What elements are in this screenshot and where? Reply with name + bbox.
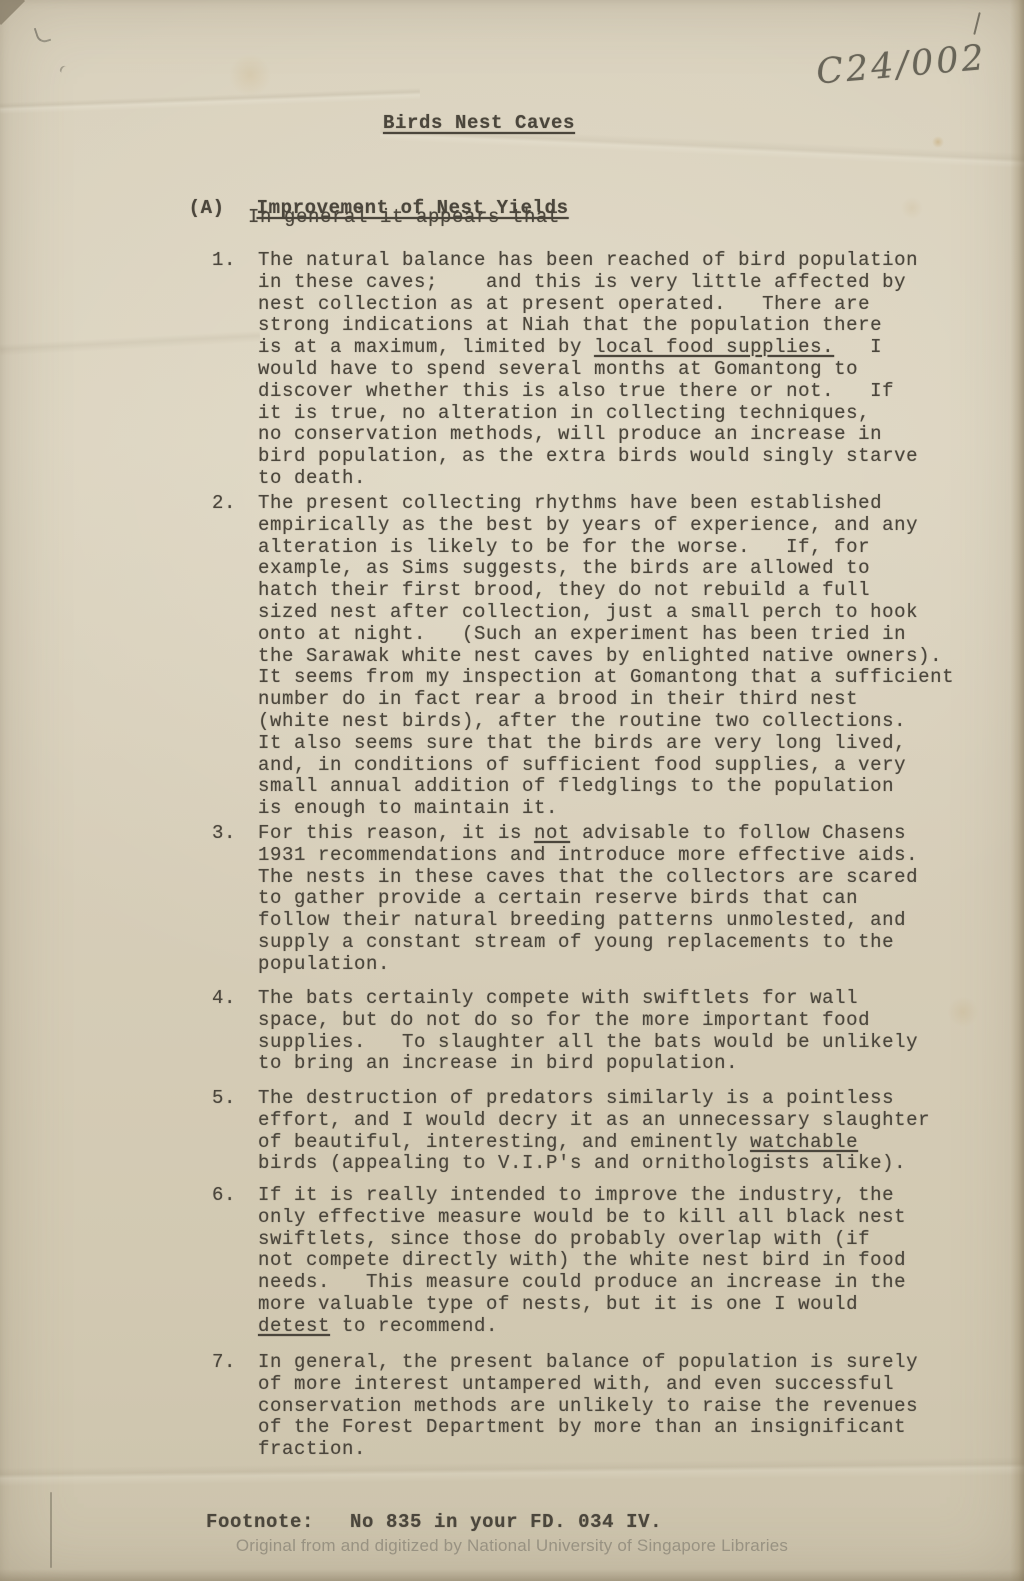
page-edge-line (50, 1492, 52, 1568)
list-item: 7.In general, the present balance of pop… (212, 1352, 918, 1461)
list-item: 2.The present collecting rhythms have be… (212, 493, 954, 820)
item-text: The present collecting rhythms have been… (258, 493, 954, 820)
item-text: If it is really intended to improve the … (258, 1185, 906, 1338)
digitization-watermark: Original from and digitized by National … (0, 1536, 1024, 1556)
pencil-mark (34, 24, 52, 44)
item-number: 7. (212, 1352, 258, 1461)
item-number: 1. (212, 250, 258, 490)
item-text: The destruction of predators similarly i… (258, 1088, 930, 1175)
item-number: 6. (212, 1185, 258, 1338)
list-item: 1.The natural balance has been reached o… (212, 250, 918, 490)
section-intro-text: In general it appears that (248, 206, 560, 228)
item-number: 2. (212, 493, 258, 820)
item-text: In general, the present balance of popul… (258, 1352, 918, 1461)
pencil-tick-mark (973, 12, 981, 35)
item-text: For this reason, it is not advisable to … (258, 823, 918, 976)
list-item: 5.The destruction of predators similarly… (212, 1088, 930, 1175)
document-page: C24/002 Birds Nest Caves (A)Improvement … (0, 0, 1024, 1581)
page-edge-right (1010, 0, 1024, 1581)
item-number: 3. (212, 823, 258, 976)
list-item: 3.For this reason, it is not advisable t… (212, 823, 918, 976)
list-item: 4.The bats certainly compete with swiftl… (212, 988, 918, 1075)
page-corner-shadow (0, 0, 25, 25)
section-label: (A) (189, 197, 225, 219)
item-text: The bats certainly compete with swiftlet… (258, 988, 918, 1075)
paper-crease (0, 79, 420, 120)
item-number: 4. (212, 988, 258, 1075)
item-number: 5. (212, 1088, 258, 1175)
pencil-mark (59, 64, 71, 75)
document-title: Birds Nest Caves (383, 112, 575, 134)
footnote-label: Footnote: (206, 1511, 314, 1533)
footnote-text: No 835 in your FD. 034 IV. (350, 1511, 662, 1533)
list-item: 6.If it is really intended to improve th… (212, 1185, 906, 1338)
handwritten-reference-number: C24/002 (815, 35, 1018, 92)
page-edge-bottom (0, 1569, 1024, 1581)
item-text: The natural balance has been reached of … (258, 250, 918, 490)
